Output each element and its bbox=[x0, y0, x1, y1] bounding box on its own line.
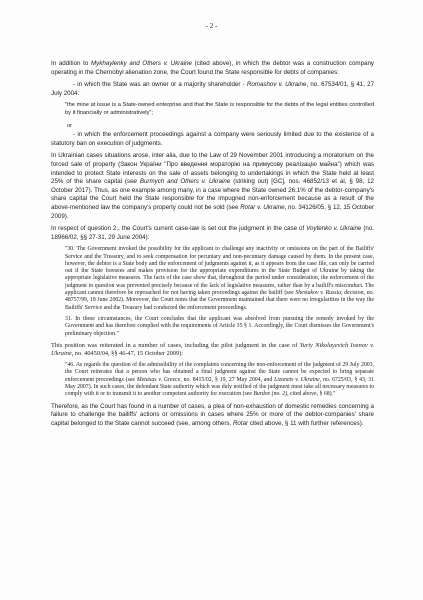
paragraph-conclusion: Therefore, as the Court has found in a n… bbox=[51, 403, 374, 429]
case-citation: Rotar bbox=[233, 420, 248, 427]
page-number: - 2 - bbox=[0, 22, 423, 30]
document-page: - 2 - In addition to Mykhaylenky and Oth… bbox=[0, 0, 423, 600]
paragraph-reiterated: This position was reiterated in a number… bbox=[51, 342, 374, 358]
quote-romashov: "the mine at issue is a State-owned ente… bbox=[65, 102, 374, 117]
case-citation: Voytenko v. Ukraine bbox=[306, 225, 361, 232]
paragraph-ukrainian-cases: In Ukrainian cases situations arose, int… bbox=[51, 152, 374, 221]
case-citation: Burdov (no. 2) bbox=[253, 391, 287, 397]
case-citation: Rotar v. Ukraine bbox=[240, 204, 284, 211]
text: cited above, § 11 with further reference… bbox=[248, 420, 363, 427]
quote-ivanov-46: "46. As regards the question of the admi… bbox=[65, 362, 374, 398]
document-body: In addition to Mykhaylenky and Others v.… bbox=[51, 60, 374, 432]
case-citation: Lizanets v. Ukraine bbox=[274, 377, 320, 383]
paragraph-state-owner: - in which the State was an owner or a m… bbox=[51, 81, 374, 98]
text: - in which the State was an owner or a m… bbox=[73, 81, 247, 88]
text: , no. 40450/04, §§ 46-47, 15 October 200… bbox=[72, 350, 183, 357]
text: In addition to bbox=[51, 60, 91, 67]
paragraph-statutory-ban: - in which the enforcement proceedings a… bbox=[51, 131, 374, 148]
text: , cited above, § 68)." bbox=[287, 391, 335, 397]
case-citation: Metaxas v. Greece bbox=[137, 377, 180, 383]
quote-voytenko-30: "30. The Government invoked the possibil… bbox=[65, 246, 374, 312]
text: , no. 8415/02, § 19, 27 May 2004, and bbox=[180, 377, 274, 383]
case-citation: Romashov v. Ukraine bbox=[247, 81, 307, 88]
case-citation: Mykhaylenky and Others v. Ukraine bbox=[91, 60, 192, 67]
paragraph-question-2: In respect of question 2., the Court's c… bbox=[51, 225, 374, 242]
quote-voytenko-31: 31. In these circumstances, the Court co… bbox=[65, 316, 374, 338]
text: In respect of question 2., the Court's c… bbox=[51, 225, 306, 232]
case-citation: see Burmych and Others v. Ukraine bbox=[127, 178, 230, 185]
text: This position was reiterated in a number… bbox=[51, 342, 300, 349]
text: "30. The Government invoked the possibil… bbox=[65, 246, 374, 296]
paragraph-intro: In addition to Mykhaylenky and Others v.… bbox=[51, 60, 374, 77]
case-citation: Shestakov v. Russia bbox=[295, 290, 341, 296]
or-separator: or bbox=[67, 122, 374, 131]
